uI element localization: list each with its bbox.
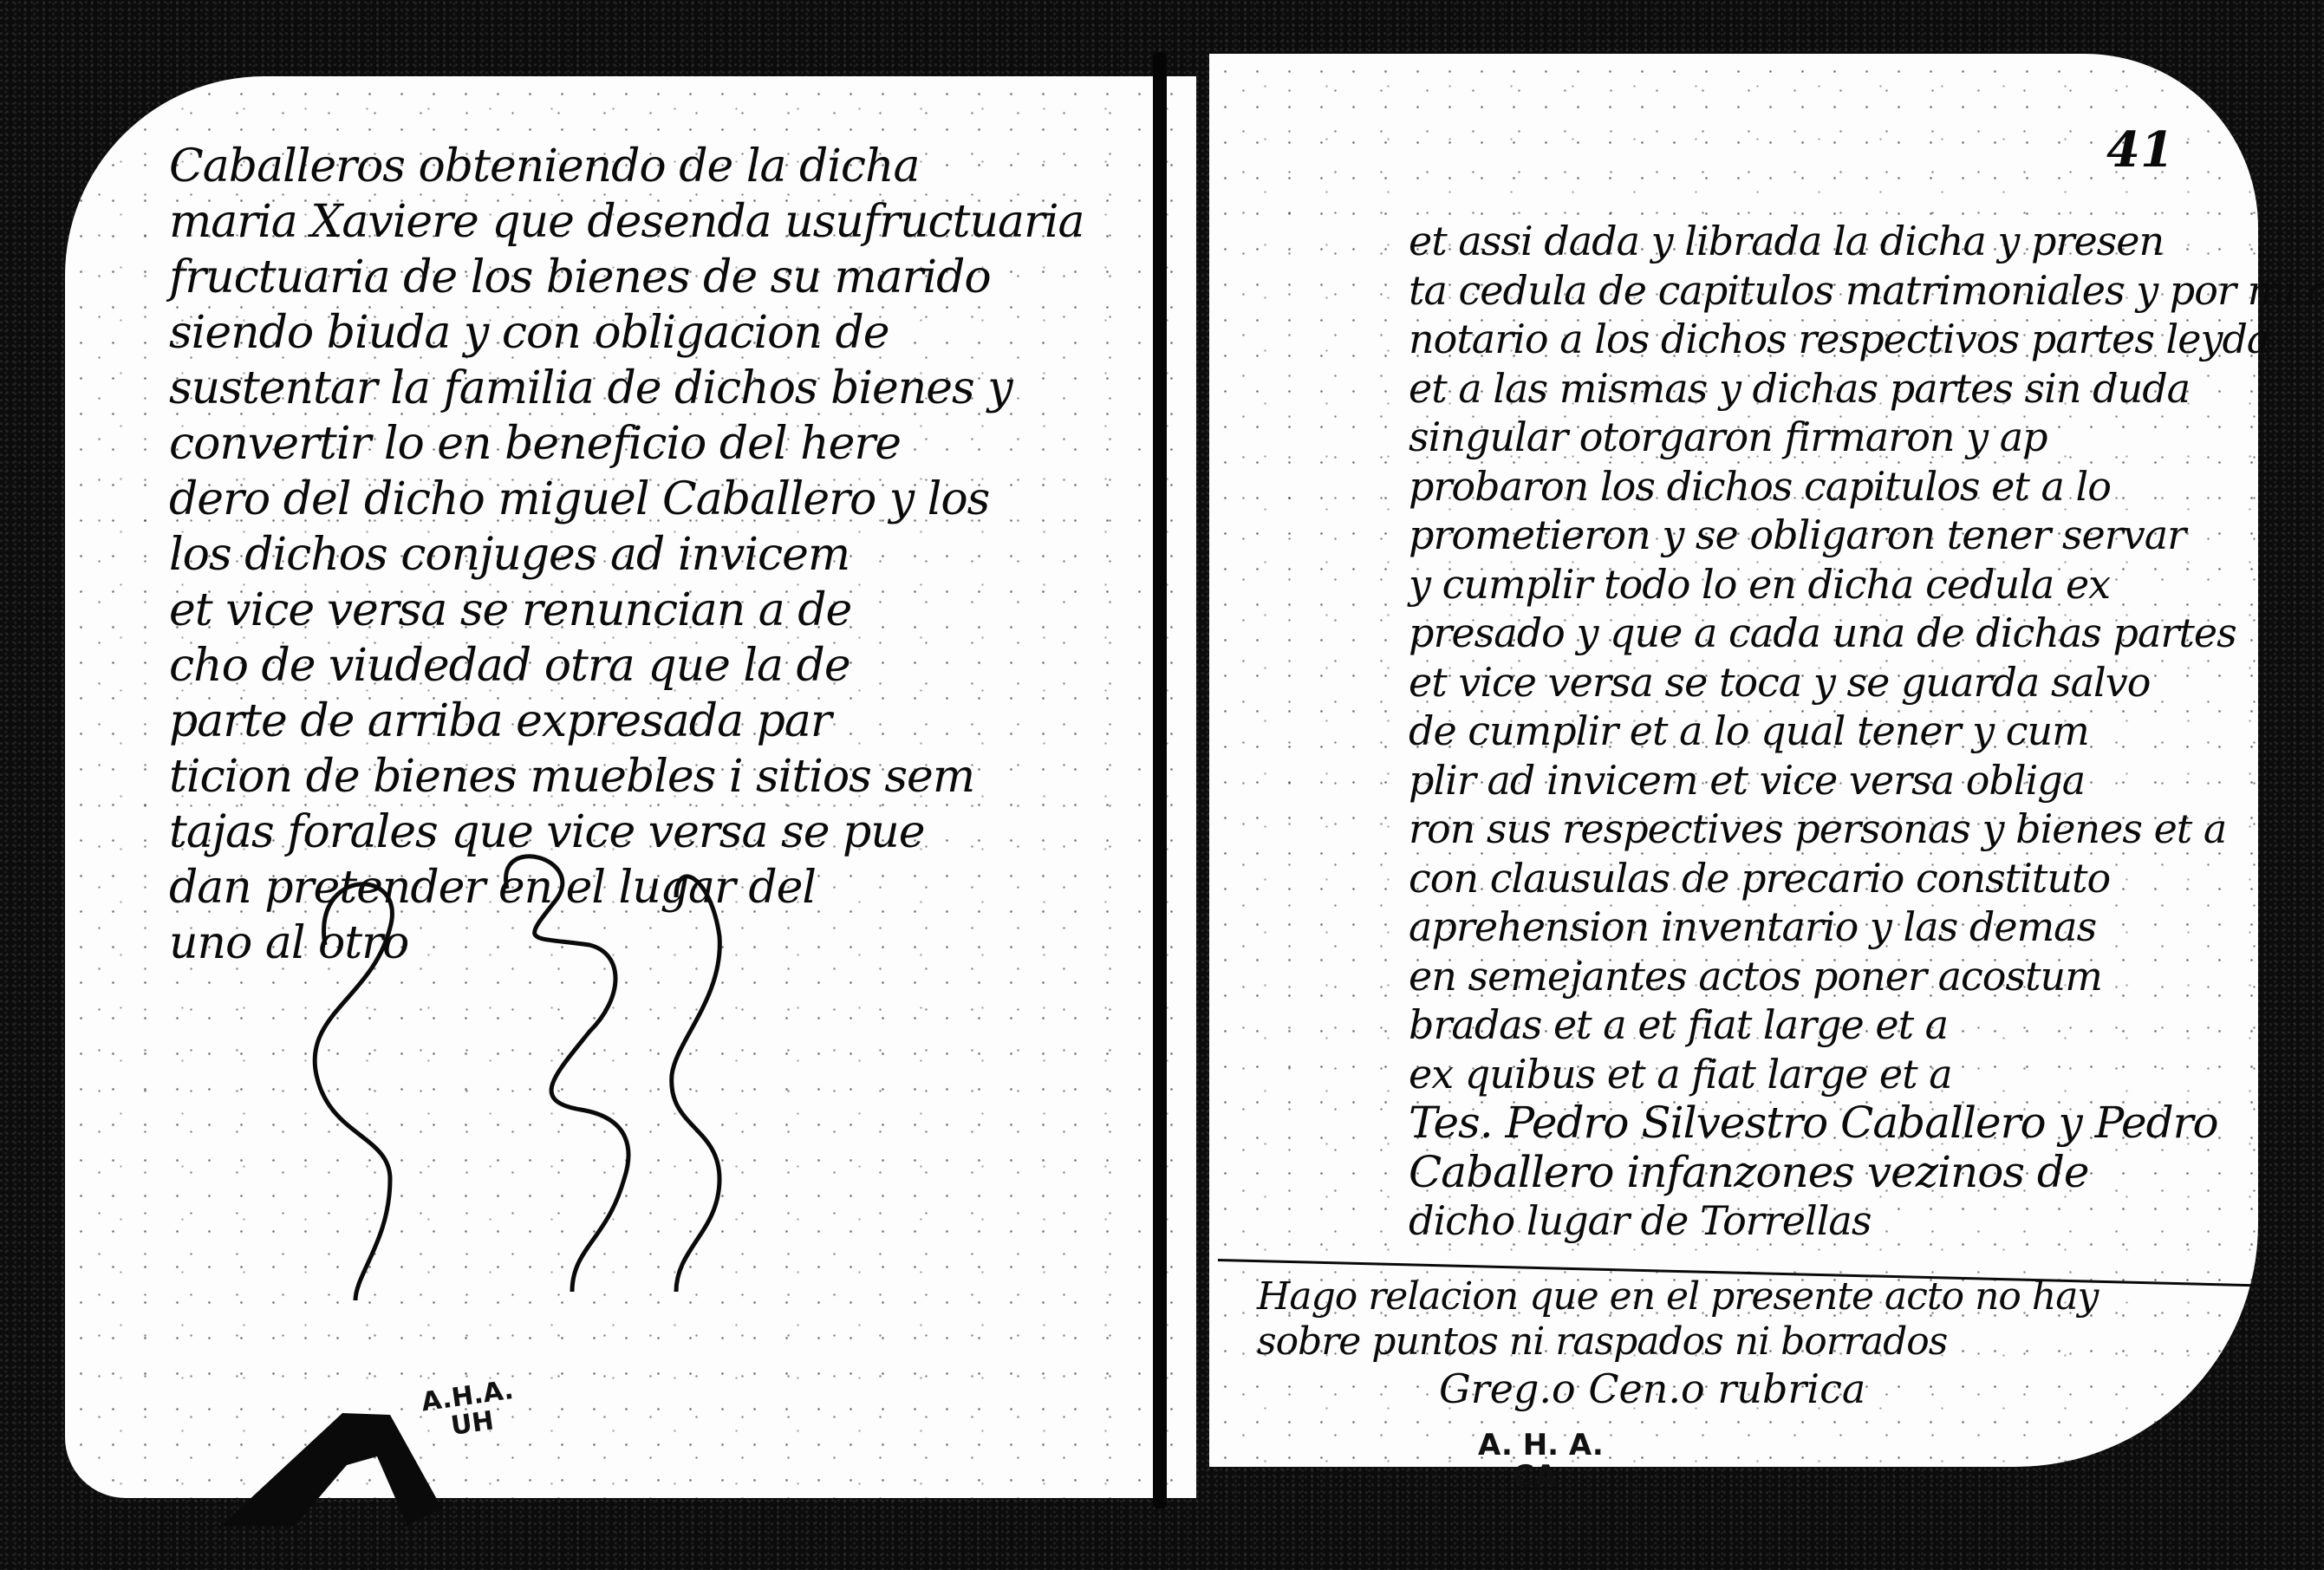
manuscript-line: maria Xaviere que desenda usufructuaria bbox=[169, 194, 1084, 250]
witness-line: Caballero infanzones vezinos de bbox=[1409, 1148, 2324, 1197]
manuscript-line: et vice versa se renuncian a de bbox=[169, 583, 1084, 638]
manuscript-line: los dichos conjuges ad invicem bbox=[169, 527, 1084, 583]
manuscript-line: dero del dicho miguel Caballero y los bbox=[169, 472, 1084, 527]
stamp-line: CA bbox=[1478, 1462, 1604, 1493]
manuscript-line: parte de arriba expresada par bbox=[169, 694, 1084, 749]
manuscript-line: siendo biuda y con obligacion de bbox=[169, 305, 1084, 361]
manuscript-line: notario a los dichos respectivos partes … bbox=[1409, 315, 2324, 364]
manuscript-line: ron sus respectives personas y bienes et… bbox=[1409, 805, 2324, 854]
manuscript-line: dan pretender en el lugar del bbox=[169, 860, 1084, 915]
manuscript-line: y cumplir todo lo en dicha cedula ex bbox=[1409, 560, 2324, 609]
book-gutter bbox=[1153, 52, 1167, 1508]
folio-number: 41 bbox=[2106, 121, 2174, 179]
manuscript-line: et assi dada y librada la dicha y presen bbox=[1409, 217, 2324, 266]
manuscript-line: cho de viudedad otra que la de bbox=[169, 638, 1084, 694]
witness-line: dicho lugar de Torrellas bbox=[1409, 1196, 2324, 1246]
left-page-text: Caballeros obteniendo de la dicha maria … bbox=[169, 139, 1084, 971]
manuscript-line: aprehension inventario y las demas bbox=[1409, 902, 2324, 952]
manuscript-line: sustentar la familia de dichos bienes y bbox=[169, 361, 1084, 416]
manuscript-line: uno al otro bbox=[169, 915, 1084, 971]
stamp-line: A. H. A. bbox=[1478, 1428, 1604, 1463]
manuscript-line: et a las mismas y dichas partes sin duda bbox=[1409, 364, 2324, 414]
manuscript-line: et vice versa se toca y se guarda salvo bbox=[1409, 658, 2324, 707]
manuscript-line: presado y que a cada una de dichas parte… bbox=[1409, 609, 2324, 658]
right-page-text: et assi dada y librada la dicha y presen… bbox=[1409, 217, 2324, 1246]
manuscript-line: prometieron y se obligaron tener servar bbox=[1409, 511, 2324, 560]
manuscript-line: ticion de bienes muebles i sitios sem bbox=[169, 749, 1084, 805]
manuscript-line: convertir lo en beneficio del here bbox=[169, 416, 1084, 472]
manuscript-line: bradas et a et fiat large et a bbox=[1409, 1000, 2324, 1050]
footnote-line: Hago relacion que en el presente acto no… bbox=[1257, 1274, 2098, 1319]
witness-line: Tes. Pedro Silvestro Caballero y Pedro bbox=[1409, 1098, 2324, 1148]
manuscript-line: probaron los dichos capitulos et a lo bbox=[1409, 462, 2324, 511]
manuscript-line: ex quibus et a fiat large et a bbox=[1409, 1050, 2324, 1099]
notary-footnote: Hago relacion que en el presente acto no… bbox=[1257, 1274, 2098, 1365]
manuscript-line: fructuaria de los bienes de su marido bbox=[169, 250, 1084, 305]
notary-signature: Greg.o Cen.o rubrica bbox=[1439, 1365, 1865, 1412]
manuscript-line: con clausulas de precario constituto bbox=[1409, 854, 2324, 903]
manuscript-line: plir ad invicem et vice versa obliga bbox=[1409, 756, 2324, 805]
manuscript-line: ta cedula de capitulos matrimoniales y p… bbox=[1409, 266, 2324, 316]
manuscript-line: en semejantes actos poner acostum bbox=[1409, 952, 2324, 1001]
manuscript-line: tajas forales que vice versa se pue bbox=[169, 805, 1084, 860]
archive-stamp-right: A. H. A. CA bbox=[1478, 1430, 1604, 1492]
footnote-line: sobre puntos ni raspados ni borrados bbox=[1257, 1319, 2098, 1365]
manuscript-line: Caballeros obteniendo de la dicha bbox=[169, 139, 1084, 194]
manuscript-line: de cumplir et a lo qual tener y cum bbox=[1409, 707, 2324, 756]
manuscript-line: singular otorgaron firmaron y ap bbox=[1409, 413, 2324, 462]
